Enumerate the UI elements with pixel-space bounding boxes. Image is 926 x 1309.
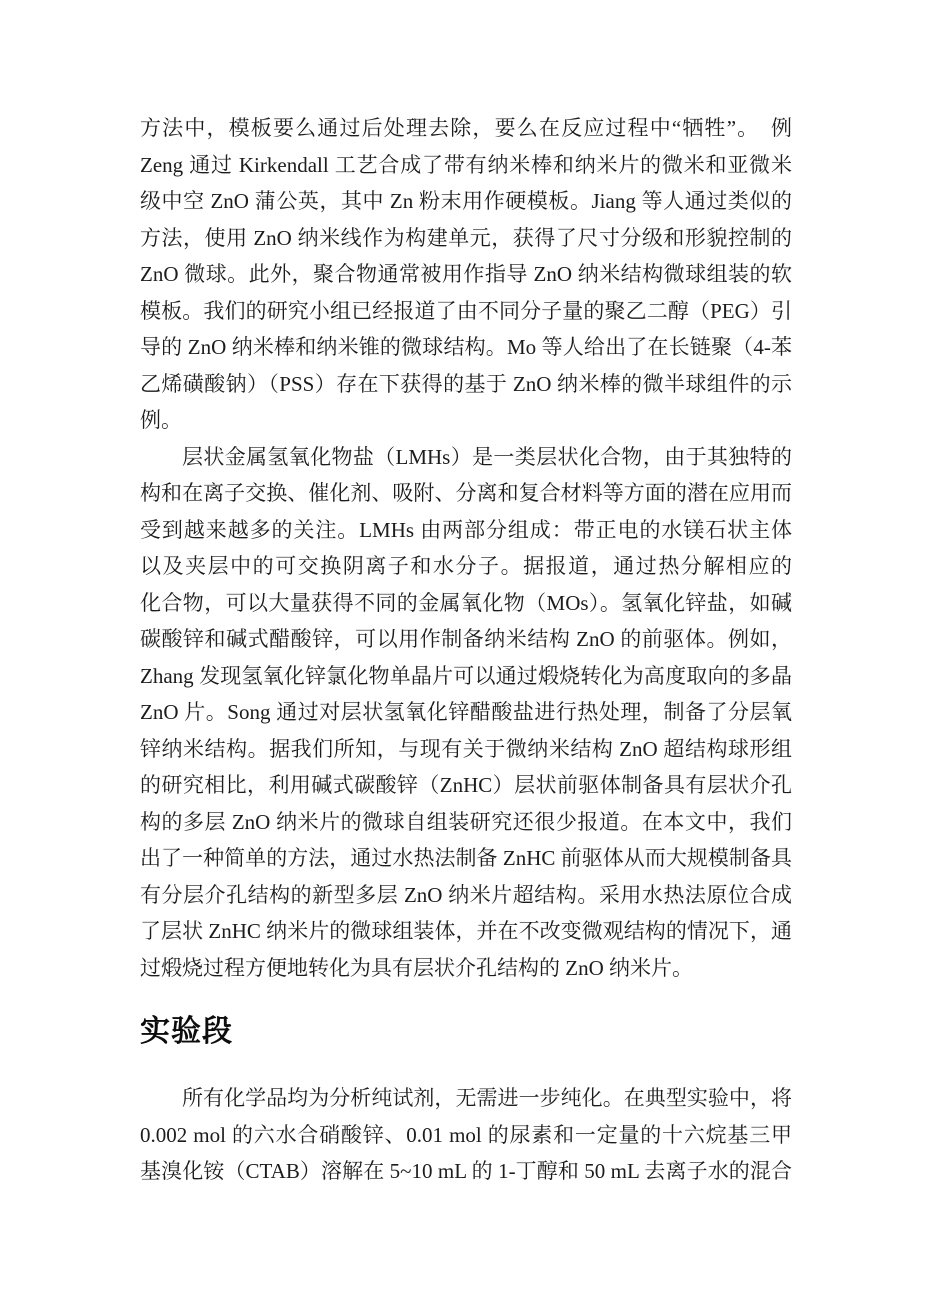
text-line: 0.002 mol 的六水合硝酸锌、0.01 mol 的尿素和一定量的十六烷基三…: [140, 1117, 792, 1154]
text-line: 有分层介孔结构的新型多层 ZnO 纳米片超结构。采用水热法原位合成: [140, 877, 792, 914]
text-line: 锌纳米结构。据我们所知，与现有关于微纳米结构 ZnO 超结构球形组装: [140, 731, 792, 768]
paragraph-1: 方法中，模板要么通过后处理去除，要么在反应过程中“牺牲”。 例如， Zeng 通…: [140, 110, 792, 439]
text-line: 级中空 ZnO 蒲公英，其中 Zn 粉末用作硬模板。Jiang 等人通过类似的: [140, 183, 792, 220]
text-line: 导的 ZnO 纳米棒和纳米锥的微球结构。Mo 等人给出了在长链聚（4-苯: [140, 329, 792, 366]
text-line: Zhang 发现氢氧化锌氯化物单晶片可以通过煅烧转化为高度取向的多晶: [140, 658, 792, 695]
text-line: 的研究相比，利用碱式碳酸锌（ZnHC）层状前驱体制备具有层状介孔结: [140, 767, 792, 804]
text-line: 方法，使用 ZnO 纳米线作为构建单元，获得了尺寸分级和形貌控制的: [140, 220, 792, 257]
text-column: 方法中，模板要么通过后处理去除，要么在反应过程中“牺牲”。 例如， Zeng 通…: [140, 110, 792, 1190]
text-line: 化合物，可以大量获得不同的金属氧化物（MOs）。氢氧化锌盐，如碱式: [140, 585, 792, 622]
text-line: 模板。我们的研究小组已经报道了由不同分子量的聚乙二醇（PEG）引: [140, 293, 792, 330]
text-line: 例。: [140, 402, 792, 439]
text-line: 方法中，模板要么通过后处理去除，要么在反应过程中“牺牲”。 例如，: [140, 110, 792, 147]
text-line: 构和在离子交换、催化剂、吸附、分离和复合材料等方面的潜在应用而: [140, 475, 792, 512]
text-line: 以及夹层中的可交换阴离子和水分子。据报道，通过热分解相应的 LMHs: [140, 548, 792, 585]
text-line: 基溴化铵（CTAB）溶解在 5~10 mL 的 1-丁醇和 50 mL 去离子水…: [140, 1153, 792, 1190]
paragraph-2: 层状金属氢氧化物盐（LMHs）是一类层状化合物，由于其独特的结 构和在离子交换、…: [140, 439, 792, 987]
text-line: ZnO 微球。此外，聚合物通常被用作指导 ZnO 纳米结构微球组装的软: [140, 256, 792, 293]
text-line: 乙烯磺酸钠）（PSS）存在下获得的基于 ZnO 纳米棒的微半球组件的示: [140, 366, 792, 403]
text-line: 碳酸锌和碱式醋酸锌，可以用作制备纳米结构 ZnO 的前驱体。例如，: [140, 621, 792, 658]
text-line: 层状金属氢氧化物盐（LMHs）是一类层状化合物，由于其独特的结: [140, 439, 792, 476]
text-line: 受到越来越多的关注。LMHs 由两部分组成：带正电的水镁石状主体层，: [140, 512, 792, 549]
text-line: Zeng 通过 Kirkendall 工艺合成了带有纳米棒和纳米片的微米和亚微米: [140, 147, 792, 184]
text-line: ZnO 片。Song 通过对层状氢氧化锌醋酸盐进行热处理，制备了分层氧化: [140, 694, 792, 731]
paragraph-3: 所有化学品均为分析纯试剂，无需进一步纯化。在典型实验中，将 0.002 mol …: [140, 1080, 792, 1190]
text-line: 所有化学品均为分析纯试剂，无需进一步纯化。在典型实验中，将: [140, 1080, 792, 1117]
text-line: 了层状 ZnHC 纳米片的微球组装体，并在不改变微观结构的情况下，通: [140, 913, 792, 950]
section-heading: 实验段: [140, 1010, 792, 1054]
text-line: 过煅烧过程方便地转化为具有层状介孔结构的 ZnO 纳米片。: [140, 950, 792, 987]
text-line: 出了一种简单的方法，通过水热法制备 ZnHC 前驱体从而大规模制备具: [140, 840, 792, 877]
document-page: 方法中，模板要么通过后处理去除，要么在反应过程中“牺牲”。 例如， Zeng 通…: [0, 0, 926, 1309]
text-line: 构的多层 ZnO 纳米片的微球自组装研究还很少报道。在本文中，我们提: [140, 804, 792, 841]
